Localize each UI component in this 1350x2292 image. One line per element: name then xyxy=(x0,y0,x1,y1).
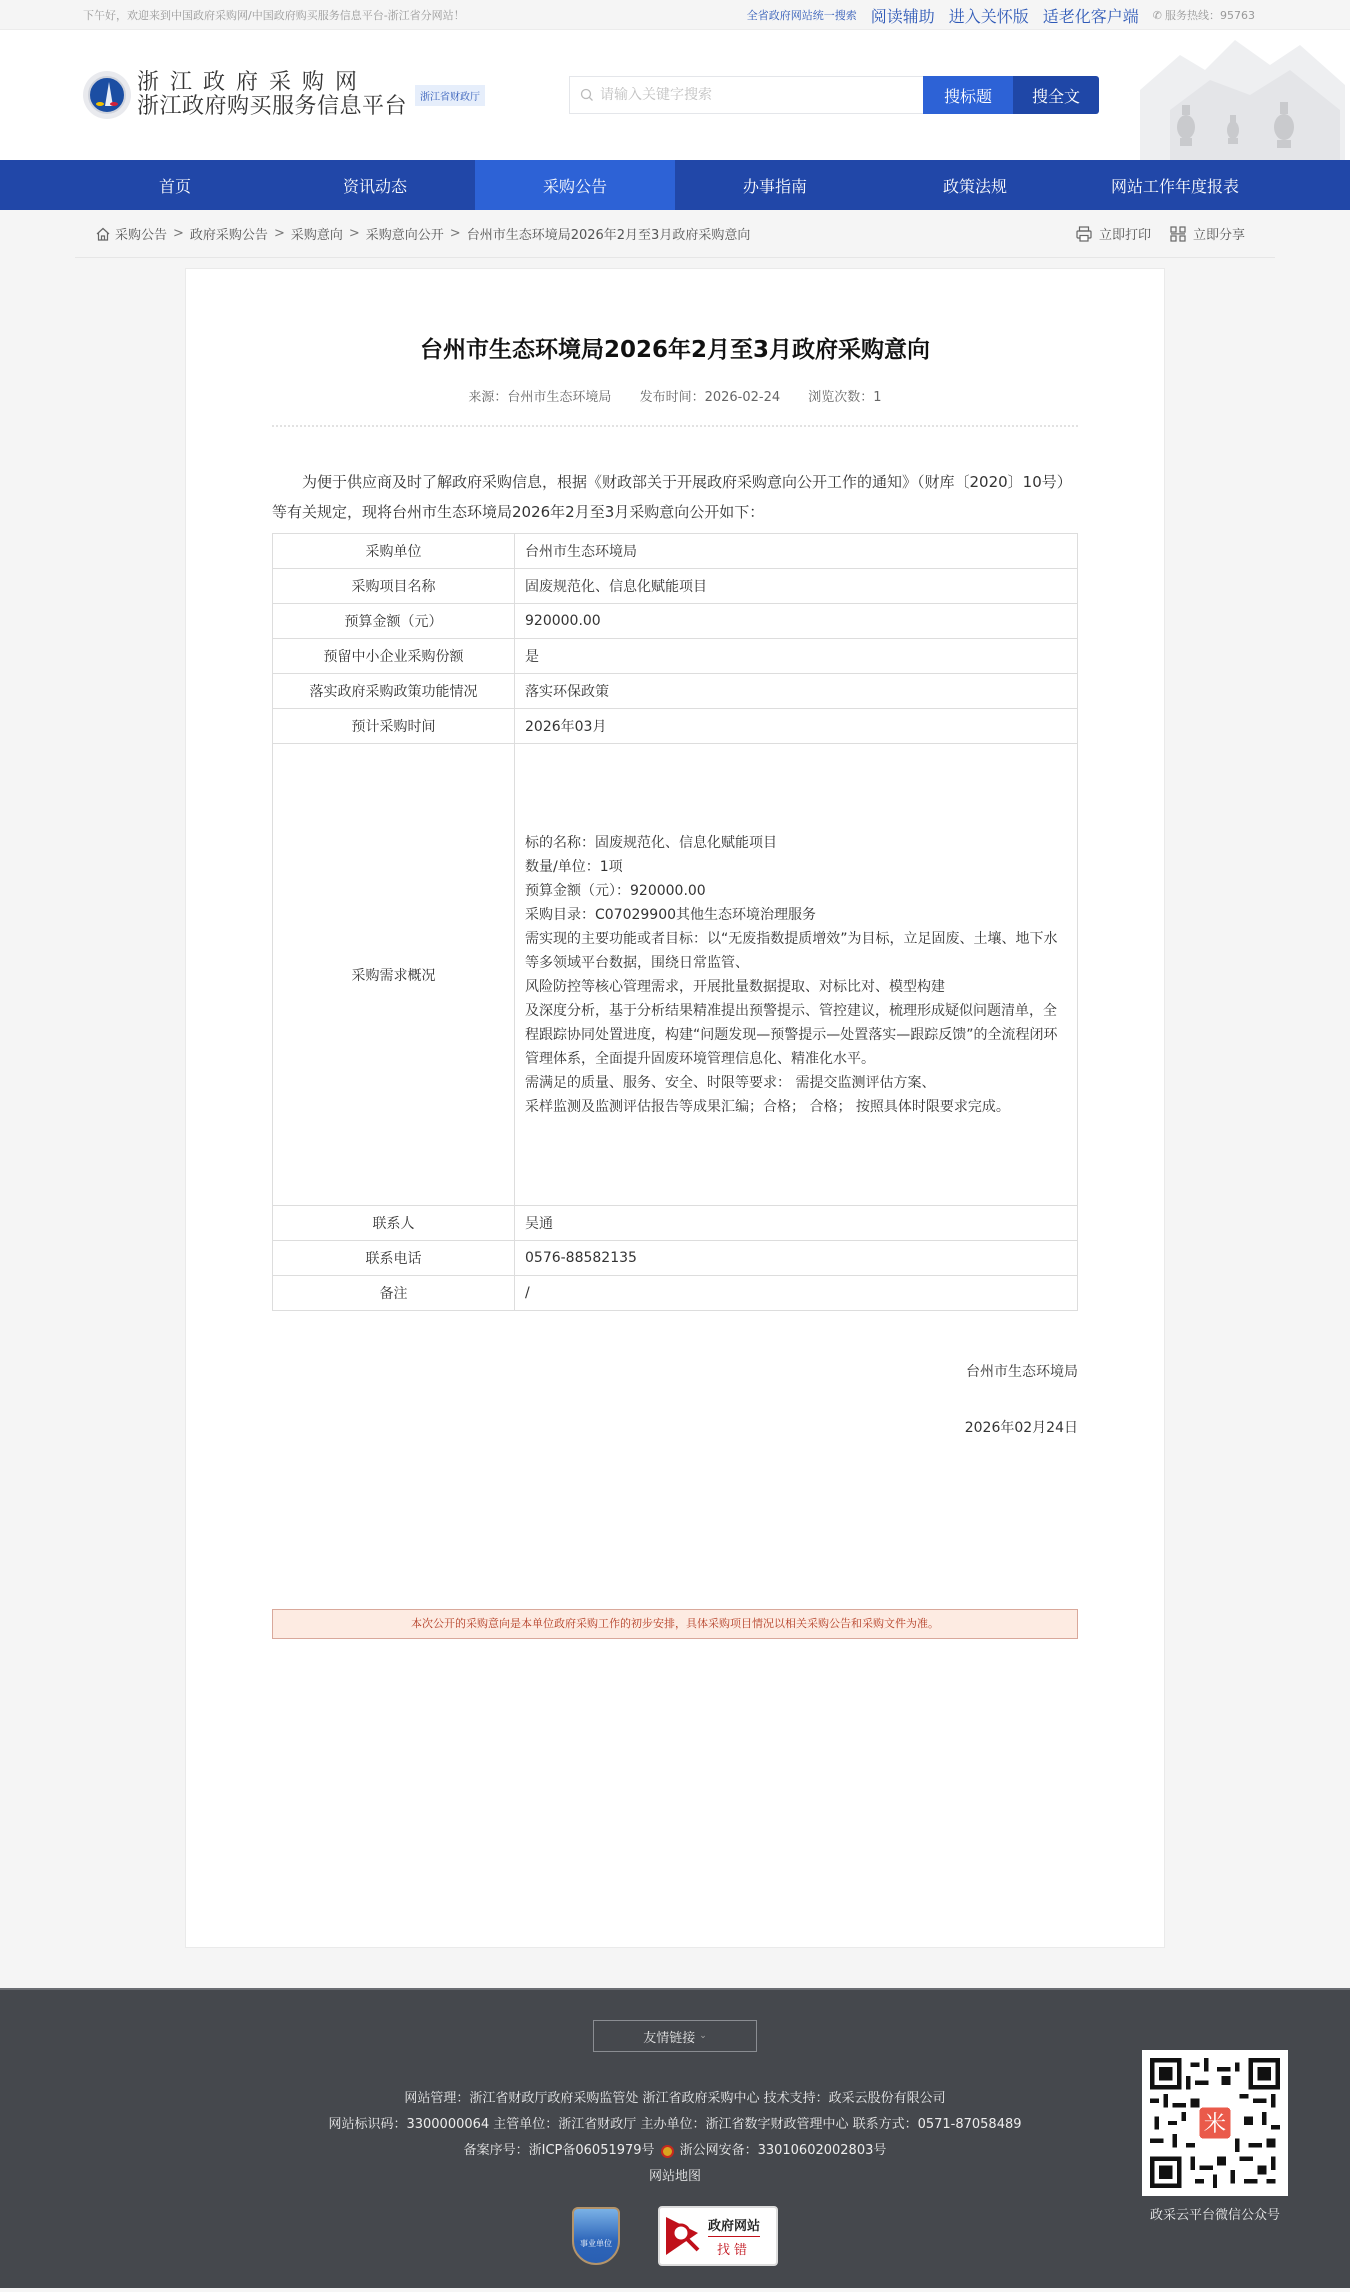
site-logo[interactable]: 浙江政府采购网 浙江政府购买服务信息平台 浙江省财政厅 xyxy=(83,71,485,119)
row-value: 0576-88582135 xyxy=(515,1241,1078,1276)
table-row: 预算金额（元） 920000.00 xyxy=(273,604,1078,639)
row-value: 台州市生态环境局 xyxy=(515,534,1078,569)
greeting-text: 下午好，欢迎来到中国政府采购网/中国政府购买服务信息平台-浙江省分网站！ xyxy=(83,7,465,23)
printer-icon xyxy=(1075,225,1093,243)
nav-guide[interactable]: 办事指南 xyxy=(675,160,875,210)
share-label: 立即分享 xyxy=(1193,224,1245,243)
requirement-line: 采购目录：C07029900其他生态环境治理服务 xyxy=(525,903,1067,927)
friend-links-label: 友情链接 xyxy=(643,2027,695,2046)
top-bar: 下午好，欢迎来到中国政府采购网/中国政府购买服务信息平台-浙江省分网站！ 全省政… xyxy=(0,0,1350,30)
logo-title: 浙江政府采购网 xyxy=(137,71,407,95)
disclaimer-notice: 本次公开的采购意向是本单位政府采购工作的初步安排，具体采购项目情况以相关采购公告… xyxy=(272,1609,1078,1639)
logo-subtitle: 浙江政府购买服务信息平台 xyxy=(137,95,407,119)
print-label: 立即打印 xyxy=(1099,224,1151,243)
table-row: 落实政府采购政策功能情况 落实环保政策 xyxy=(273,674,1078,709)
row-key: 落实政府采购政策功能情况 xyxy=(273,674,515,709)
search-title-button[interactable]: 搜标题 xyxy=(923,76,1013,114)
article-meta: 来源：台州市生态环境局 发布时间：2026-02-24 浏览次数：1 xyxy=(272,386,1078,405)
gov-site-error-report-badge[interactable]: 政府网站 找错 xyxy=(658,2206,778,2266)
qr-caption: 政采云平台微信公众号 xyxy=(1142,2204,1288,2223)
badge-find-title: 政府网站 xyxy=(708,2215,760,2237)
top-links: 全省政府网站统一搜索 阅读辅助 进入关怀版 适老化客户端 ✆ 服务热线：9576… xyxy=(747,4,1275,27)
page-tools: 立即打印 立即分享 xyxy=(1075,224,1245,243)
qr-code-icon: 米 xyxy=(1142,2050,1288,2196)
table-row: 采购单位 台州市生态环境局 xyxy=(273,534,1078,569)
nav-news[interactable]: 资讯动态 xyxy=(275,160,475,210)
svg-text:米: 米 xyxy=(1204,2111,1226,2137)
wechat-qr: 米 政采云平台微信公众号 xyxy=(1142,2050,1288,2223)
breadcrumb-item[interactable]: 政府采购公告 xyxy=(190,224,268,243)
row-key: 联系电话 xyxy=(273,1241,515,1276)
row-key: 预计采购时间 xyxy=(273,709,515,744)
table-row-requirement: 采购需求概况 标的名称：固废规范化、信息化赋能项目 数量/单位：1项 预算金额（… xyxy=(273,744,1078,1206)
footer-line-record: 备案序号：浙ICP备06051979号 浙公网安备：33010602002803… xyxy=(75,2138,1275,2164)
article-title: 台州市生态环境局2026年2月至3月政府采购意向 xyxy=(272,331,1078,364)
table-row: 采购项目名称 固废规范化、信息化赋能项目 xyxy=(273,569,1078,604)
police-badge-icon xyxy=(661,2145,674,2158)
table-row: 预留中小企业采购份额 是 xyxy=(273,639,1078,674)
sitemap-link[interactable]: 网站地图 xyxy=(649,2164,701,2190)
print-button[interactable]: 立即打印 xyxy=(1075,224,1151,243)
breadcrumb-item[interactable]: 采购公告 xyxy=(115,224,167,243)
row-key: 备注 xyxy=(273,1276,515,1311)
requirement-detail: 标的名称：固废规范化、信息化赋能项目 数量/单位：1项 预算金额（元）：9200… xyxy=(515,744,1078,1206)
row-value: 2026年03月 xyxy=(515,709,1078,744)
divider xyxy=(272,425,1078,427)
elderly-client-link[interactable]: 适老化客户端 xyxy=(1043,4,1139,27)
table-row: 联系电话 0576-88582135 xyxy=(273,1241,1078,1276)
row-value: / xyxy=(515,1276,1078,1311)
breadcrumb: 采购公告> 政府采购公告> 采购意向> 采购意向公开> 台州市生态环境局2026… xyxy=(95,224,750,243)
article-intro: 为便于供应商及时了解政府采购信息，根据《财政部关于开展政府采购意向公开工作的通知… xyxy=(272,467,1078,527)
chevron-down-icon: ⌄ xyxy=(699,2031,707,2041)
requirement-line: 采样监测及监测评估报告等成果汇编；合格； 合格； 按照具体时限要求完成。 xyxy=(525,1095,1067,1119)
search-bar: 搜标题 搜全文 xyxy=(569,76,1099,114)
emblem-icon xyxy=(83,71,131,119)
magnifier-icon xyxy=(664,2213,704,2259)
hotline-text: 服务热线：95763 xyxy=(1165,7,1255,23)
friend-links-dropdown[interactable]: 友情链接 ⌄ xyxy=(593,2020,757,2052)
search-field xyxy=(569,76,923,114)
main-nav: 首页 资讯动态 采购公告 办事指南 政策法规 网站工作年度报表 xyxy=(0,160,1350,210)
breadcrumb-item[interactable]: 采购意向公开 xyxy=(366,224,444,243)
row-value: 是 xyxy=(515,639,1078,674)
requirement-line: 数量/单位：1项 xyxy=(525,855,1067,879)
requirement-line: 及深度分析，基于分析结果精准提出预警提示、管控建议，梳理形成疑似问题清单，全程跟… xyxy=(525,999,1067,1071)
breadcrumb-bar: 采购公告> 政府采购公告> 采购意向> 采购意向公开> 台州市生态环境局2026… xyxy=(0,210,1350,258)
logo-tag: 浙江省财政厅 xyxy=(415,85,485,106)
intent-table: 采购单位 台州市生态环境局 采购项目名称 固废规范化、信息化赋能项目 预算金额（… xyxy=(272,533,1078,1311)
footer-line-identity: 网站标识码：3300000064 主管单位：浙江省财政厅 主办单位：浙江省数字财… xyxy=(75,2112,1275,2138)
signature-date: 2026年02月24日 xyxy=(272,1417,1078,1437)
nav-annual-report[interactable]: 网站工作年度报表 xyxy=(1075,160,1275,210)
nav-procurement-notices[interactable]: 采购公告 xyxy=(475,160,675,210)
row-value: 吴通 xyxy=(515,1206,1078,1241)
requirement-line: 需满足的质量、服务、安全、时限等要求： 需提交监测评估方案、 xyxy=(525,1071,1067,1095)
search-fulltext-button[interactable]: 搜全文 xyxy=(1013,76,1099,114)
article-card: 台州市生态环境局2026年2月至3月政府采购意向 来源：台州市生态环境局 发布时… xyxy=(185,268,1165,1948)
row-key: 预留中小企业采购份额 xyxy=(273,639,515,674)
row-value: 固废规范化、信息化赋能项目 xyxy=(515,569,1078,604)
qr-share-icon xyxy=(1169,225,1187,243)
requirement-line: 风险防控等核心管理需求，开展批量数据提取、对标比对、模型构建 xyxy=(525,975,1067,999)
badge-find-subtitle: 找错 xyxy=(717,2239,751,2258)
row-value: 落实环保政策 xyxy=(515,674,1078,709)
row-value: 920000.00 xyxy=(515,604,1078,639)
police-record-link[interactable]: 浙公网安备：33010602002803号 xyxy=(680,2138,887,2164)
nav-policies[interactable]: 政策法规 xyxy=(875,160,1075,210)
header: 浙江政府采购网 浙江政府购买服务信息平台 浙江省财政厅 搜标题 搜全文 xyxy=(0,30,1350,160)
nav-home[interactable]: 首页 xyxy=(75,160,275,210)
footer: 友情链接 ⌄ 网站管理：浙江省财政厅政府采购监管处 浙江省政府采购中心 技术支持… xyxy=(0,1988,1350,2288)
table-row: 预计采购时间 2026年03月 xyxy=(273,709,1078,744)
search-icon xyxy=(580,88,594,102)
row-key: 联系人 xyxy=(273,1206,515,1241)
signature-org: 台州市生态环境局 xyxy=(272,1361,1078,1381)
footer-line-management: 网站管理：浙江省财政厅政府采购监管处 浙江省政府采购中心 技术支持：政采云股份有… xyxy=(75,2086,1275,2112)
reading-aid-link[interactable]: 阅读辅助 xyxy=(871,4,935,27)
row-key: 采购需求概况 xyxy=(273,744,515,1206)
requirement-line: 预算金额（元）：920000.00 xyxy=(525,879,1067,903)
requirement-line: 标的名称：固废规范化、信息化赋能项目 xyxy=(525,831,1067,855)
phone-icon: ✆ xyxy=(1153,9,1162,22)
footer-badges: 事业单位 政府网站 找错 xyxy=(572,2206,778,2266)
row-key: 预算金额（元） xyxy=(273,604,515,639)
landscape-decoration-icon xyxy=(1130,30,1350,160)
row-key: 采购单位 xyxy=(273,534,515,569)
search-input[interactable] xyxy=(600,87,900,103)
breadcrumb-current: 台州市生态环境局2026年2月至3月政府采购意向 xyxy=(467,224,751,243)
home-icon[interactable] xyxy=(95,226,111,242)
institution-badge[interactable]: 事业单位 xyxy=(572,2207,620,2265)
hotline: ✆ 服务热线：95763 xyxy=(1153,7,1255,23)
row-key: 采购项目名称 xyxy=(273,569,515,604)
signature: 台州市生态环境局 2026年02月24日 xyxy=(272,1361,1078,1437)
institution-badge-label: 事业单位 xyxy=(580,2238,612,2249)
icp-link[interactable]: 备案序号：浙ICP备06051979号 xyxy=(464,2138,655,2164)
unified-search-link[interactable]: 全省政府网站统一搜索 xyxy=(747,7,857,23)
article-publish-time: 发布时间：2026-02-24 xyxy=(640,390,781,405)
requirement-line: 需实现的主要功能或者目标：以“无废指数提质增效”为目标，立足固废、土壤、地下水等… xyxy=(525,927,1067,975)
table-row: 联系人 吴通 xyxy=(273,1206,1078,1241)
care-version-link[interactable]: 进入关怀版 xyxy=(949,4,1029,27)
article-source: 来源：台州市生态环境局 xyxy=(468,390,611,405)
table-row: 备注 / xyxy=(273,1276,1078,1311)
footer-info: 网站管理：浙江省财政厅政府采购监管处 浙江省政府采购中心 技术支持：政采云股份有… xyxy=(75,2086,1275,2190)
breadcrumb-item[interactable]: 采购意向 xyxy=(291,224,343,243)
share-button[interactable]: 立即分享 xyxy=(1169,224,1245,243)
article-views: 浏览次数：1 xyxy=(808,390,881,405)
